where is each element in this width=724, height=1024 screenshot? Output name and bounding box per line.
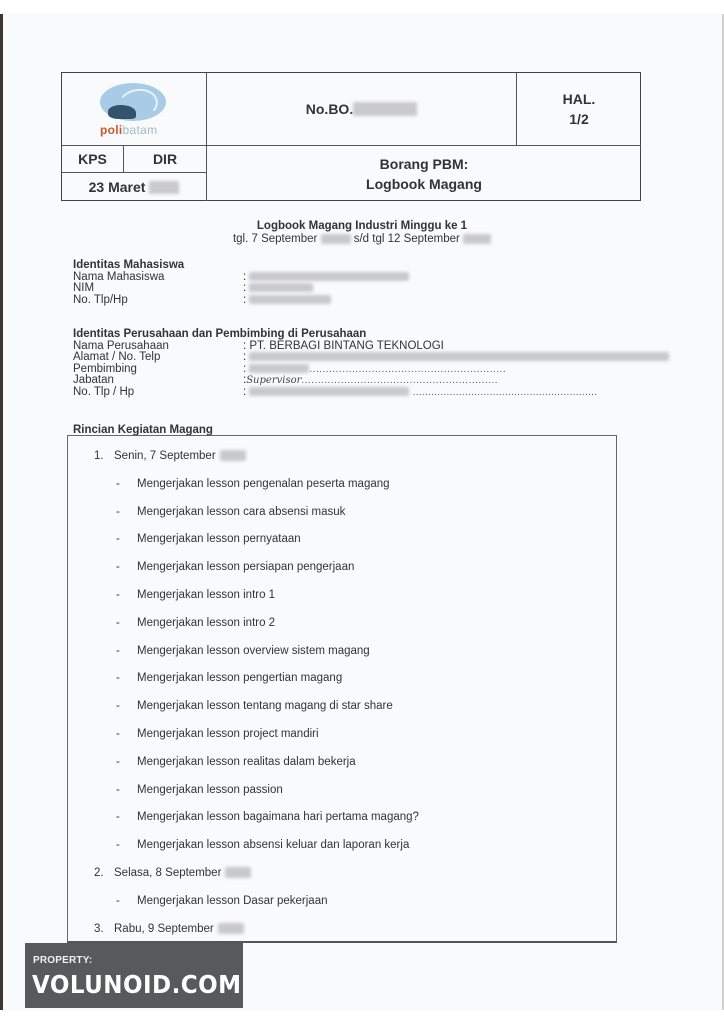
redacted-value: [249, 283, 313, 292]
bullet-dash: -: [116, 561, 137, 573]
bullet-dash: -: [116, 811, 137, 823]
bullet-dash: -: [116, 895, 137, 907]
task-item: -Mengerjakan lesson tentang magang di st…: [116, 700, 393, 712]
day-heading: 1.Senin, 7 September: [94, 450, 246, 462]
watermark-big-text: VOLUNOID.COM: [32, 970, 242, 999]
borang-line1: Borang PBM:: [380, 154, 469, 174]
redacted-value: [249, 364, 309, 373]
task-item: -Mengerjakan lesson persiapan pengerjaan: [116, 561, 354, 573]
redacted-year: [220, 450, 246, 461]
task-item: -Mengerjakan lesson intro 1: [116, 589, 275, 601]
title-line2: tgl. 7 September s/d tgl 12 September: [0, 233, 724, 246]
task-item: -Mengerjakan lesson Dasar pekerjaan: [116, 895, 328, 907]
field-no-tlp-perusahaan: No. Tlp / Hp : .........................…: [73, 387, 669, 399]
dir-cell: DIR: [124, 146, 207, 173]
section-title: Identitas Perusahaan dan Pembimbing di P…: [73, 329, 669, 341]
day-heading: 2.Selasa, 8 September: [94, 867, 251, 879]
redacted-value: [249, 295, 331, 304]
task-item: -Mengerjakan lesson overview sistem maga…: [116, 645, 370, 657]
redacted-year: [463, 234, 491, 244]
task-item: -Mengerjakan lesson project mandiri: [116, 728, 319, 740]
redacted-year: [149, 181, 179, 194]
field-jabatan: Jabatan :Supervisor.....................…: [73, 375, 669, 387]
kps-cell: KPS: [62, 146, 124, 173]
bullet-dash: -: [116, 672, 137, 684]
logbook-title: Logbook Magang Industri Minggu ke 1 tgl.…: [0, 220, 724, 246]
logo-text: polibatam: [100, 123, 157, 137]
bullet-dash: -: [116, 756, 137, 768]
task-item: -Mengerjakan lesson passion: [116, 784, 283, 796]
bullet-dash: -: [116, 589, 137, 601]
hal-value: 1/2: [569, 109, 588, 129]
redacted-value: [249, 352, 669, 361]
date-cell: 23 Maret: [62, 173, 207, 201]
redacted-year: [321, 234, 351, 244]
field-pembimbing: Pembimbing : ...........................…: [73, 364, 669, 376]
watermark-small-text: PROPERTY:: [33, 955, 92, 966]
task-item: -Mengerjakan lesson cara absensi masuk: [116, 506, 345, 518]
bullet-dash: -: [116, 533, 137, 545]
task-item: -Mengerjakan lesson realitas dalam beker…: [116, 756, 356, 768]
bullet-dash: -: [116, 478, 137, 490]
date-text: 23 Maret: [89, 179, 146, 195]
logo-cell: polibatam: [62, 73, 207, 146]
page-count-cell: HAL. 1/2: [517, 73, 641, 146]
field-nama-mahasiswa: Nama Mahasiswa :: [73, 272, 409, 284]
bullet-dash: -: [116, 728, 137, 740]
handwritten-jabatan: Supervisor: [246, 375, 301, 386]
student-identity-section: Identitas Mahasiswa Nama Mahasiswa : NIM…: [73, 260, 409, 306]
field-no-tlp: No. Tlp/Hp :: [73, 295, 409, 307]
redacted-year: [218, 923, 244, 934]
field-alamat: Alamat / No. Telp :: [73, 352, 669, 364]
bullet-dash: -: [116, 617, 137, 629]
polibatam-logo: polibatam: [92, 83, 172, 139]
borang-cell: Borang PBM: Logbook Magang: [207, 146, 641, 201]
redacted-value: [249, 272, 409, 281]
day-heading: 3.Rabu, 9 September: [94, 923, 244, 935]
bullet-dash: -: [116, 784, 137, 796]
doc-number-cell: No.BO.: [207, 73, 517, 146]
field-nama-perusahaan: Nama Perusahaan : PT. BERBAGI BINTANG TE…: [73, 341, 669, 353]
field-nim: NIM :: [73, 283, 409, 295]
task-item: -Mengerjakan lesson absensi keluar dan l…: [116, 839, 409, 851]
task-item: -Mengerjakan lesson intro 2: [116, 617, 275, 629]
company-identity-section: Identitas Perusahaan dan Pembimbing di P…: [73, 329, 669, 398]
task-item: -Mengerjakan lesson bagaimana hari perta…: [116, 811, 419, 823]
redacted-doc-number: [353, 102, 417, 116]
doc-number-label: No.BO.: [306, 101, 353, 117]
task-item: -Mengerjakan lesson pernyataan: [116, 533, 301, 545]
redacted-value: [249, 387, 409, 396]
title-line1: Logbook Magang Industri Minggu ke 1: [0, 220, 724, 233]
header-table: polibatam No.BO. HAL. 1/2 KPS DIR 23 Mar…: [61, 72, 641, 201]
bullet-dash: -: [116, 839, 137, 851]
borang-line2: Logbook Magang: [366, 174, 482, 194]
redacted-year: [225, 867, 251, 878]
hal-label: HAL.: [563, 89, 596, 109]
bullet-dash: -: [116, 700, 137, 712]
task-item: -Mengerjakan lesson pengertian magang: [116, 672, 342, 684]
activities-box: 1.Senin, 7 September-Mengerjakan lesson …: [67, 435, 617, 943]
task-item: -Mengerjakan lesson pengenalan peserta m…: [116, 478, 390, 490]
section-title: Identitas Mahasiswa: [73, 260, 409, 272]
bullet-dash: -: [116, 645, 137, 657]
watermark-banner: PROPERTY: VOLUNOID.COM: [25, 943, 243, 1008]
bullet-dash: -: [116, 506, 137, 518]
